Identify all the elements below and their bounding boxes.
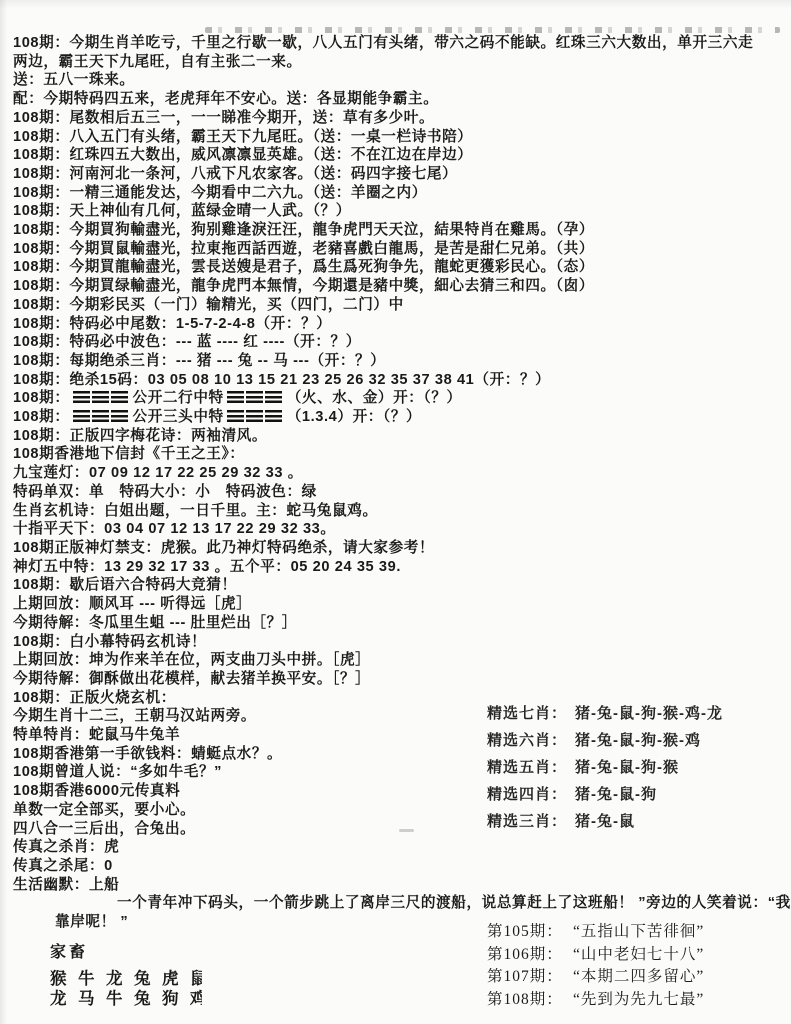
row-label: 第106期： [487,942,573,965]
labeled-row: 第105期：“五指山下苦徘徊” [487,919,704,942]
row-label: 精选四肖： [487,783,567,810]
trigram-bars-icon [73,410,130,422]
clipped-previous-line-remnant [205,27,780,33]
labeled-row: 精选五肖：猪-兔-鼠-狗-猴 [487,756,723,783]
livestock-title: 家畜 [50,943,202,963]
text-line: 上期回放：坤为作来羊在位，两支曲刀头中拼。［虎］ [13,651,791,670]
row-label: 第108期： [487,987,573,1010]
text-line: 特码单双：单 特码大小：小 特码波色：绿 [13,483,791,502]
row-label: 精选六肖： [487,729,567,756]
labeled-row: 第107期：“本期二四多留心” [487,964,704,987]
row-label: 第105期： [487,919,573,942]
livestock-row: 猴牛龙兔虎鼠 [50,969,202,989]
text-line: 十指平天下：03 04 07 12 13 17 22 29 32 33。 [13,520,791,539]
text-line: 108期：天上神仙有几何，蓝绿金晴一人武。（？） [13,202,791,221]
row-value: 猪-兔-鼠-狗-猴-鸡 [575,729,701,756]
text-line: 108期：红珠四五大数出，威风凛凛显英雄。（送：不在江边在岸边） [13,146,791,165]
row-label: 精选七肖： [487,702,567,729]
row-value: “五指山下苦徘徊” [573,919,704,942]
line-text: （火、水、金）开：（？） [287,390,462,406]
text-line: 上期回放：顺风耳 --- 听得远［虎］ [13,595,791,614]
text-line: 108期：每期绝杀三肖：--- 猪 --- 兔 -- 马 ---（开：？） [13,352,791,371]
text-line: 生活幽默：上船 [13,876,791,895]
text-line: 108期：特码必中波色：--- 蓝 ---- 红 ----（开：？） [13,333,791,352]
trigram-bars-icon [227,391,284,403]
row-value: 猪-兔-鼠-狗-猴 [575,756,679,783]
line-text: 公开二行中特 [133,390,224,406]
labeled-row: 第108期：“先到为先九七最” [487,987,704,1010]
text-line: 今期待解：御酥做出花模样，献去猪羊换平安。［？］ [13,670,791,689]
text-line: 108期：今期買鼠輸盡光，拉東拖西話西遊，老豬喜戲白龍馬，是苦是甜仁兄弟。（共） [13,240,791,259]
text-line: 108期：特码必中尾数：1-5-7-2-4-8（开：？） [13,315,791,334]
livestock-row: 龙马牛兔狗鸡 [50,989,202,1009]
text-line: 传真之杀肖：虎 [13,838,791,857]
row-value: “先到为先九七最” [573,987,704,1010]
labeled-row: 精选六肖：猪-兔-鼠-狗-猴-鸡 [487,729,723,756]
text-line: 108期正版神灯禁支：虎猴。此乃神灯特码绝杀，请大家参考！ [13,539,791,558]
text-line-with-trigrams: 108期：公开二行中特（火、水、金）开：（？） [13,389,791,408]
row-value: “本期二四多留心” [573,964,704,987]
text-line: 108期：正版四字梅花诗：两袖清风。 [13,427,791,446]
line-text: 108期： [13,390,70,406]
line-text: （1.3.4）开：（？） [287,409,422,425]
text-line: 神灯五中特：13 29 32 17 33 。五个平：05 20 24 35 39… [13,558,791,577]
labeled-row: 精选三肖：猪-兔-鼠 [487,810,723,837]
text-line: 108期：河南河北一条河，八戒下凡农家客。（送：码四字接七尾） [13,165,791,184]
text-line: 108期：尾数相后五三一，一一睇准今期开，送：草有多少叶。 [13,109,791,128]
text-line: 一个青年冲下码头，一个箭步跳上了离岸三尺的渡船，说总算赶上了这班船！ ”旁边的人… [13,894,791,913]
trigram-bars-icon [227,410,284,422]
text-line-with-trigrams: 108期：公开三头中特（1.3.4）开：（？） [13,408,791,427]
text-line: 九宝莲灯：07 09 12 17 22 25 29 32 33 。 [13,464,791,483]
line-text: 公开三头中特 [133,409,224,425]
row-label: 第107期： [487,964,573,987]
text-line: 108期：今期生肖羊吃亏，千里之行歇一歇，八人五门有头绪，带六之码不能缺。红珠三… [13,34,791,53]
text-line: 两边，霸王天下九尾旺，自有主张二一来。 [13,53,791,72]
text-line: 108期：今期彩民买（一门）输精光，买（四门，二门）中 [13,296,791,315]
text-line: 108期：一精三通能发达，今期看中二六九。（送：羊圈之内） [13,184,791,203]
text-line: 108期：今期買狗輸盡光，狗别雞逢淚汪汪，龍争虎門天天泣，結果特肖在雞馬。（孕） [13,221,791,240]
row-label: 精选三肖： [487,810,567,837]
issue-verse-list: 第105期：“五指山下苦徘徊”第106期：“山中老妇七十八”第107期：“本期二… [487,919,704,1009]
text-line: 传真之杀尾：0 [13,857,791,876]
zodiac-picks-column: 精选七肖：猪-兔-鼠-狗-猴-鸡-龙精选六肖：猪-兔-鼠-狗-猴-鸡精选五肖：猪… [487,702,723,837]
scan-smudge [399,829,414,832]
text-line: 108期：今期買绿輸盡光，龍争虎門本無情，今期還是豬中獎，細心去猜三和四。（囱） [13,277,791,296]
row-label: 精选五肖： [487,756,567,783]
scanned-lottery-tip-sheet: 108期：今期生肖羊吃亏，千里之行歇一歇，八人五门有头绪，带六之码不能缺。红珠三… [0,0,791,1024]
text-line: 108期：绝杀15码：03 05 08 10 13 15 21 23 25 26… [13,371,791,390]
row-value: 猪-兔-鼠-狗 [575,783,657,810]
trigram-bars-icon [73,391,130,403]
livestock-block: 家畜 猴牛龙兔虎鼠 龙马牛兔狗鸡 [50,943,202,1009]
text-line: 108期：八入五门有头绪，霸王天下九尾旺。（送：一桌一栏诗书陪） [13,128,791,147]
text-line: 108期：歇后语六合特码大竞猜！ [13,576,791,595]
text-line: 108期：今期買龍輸盡光，雲長送嫂是君子，爲生爲死狗争先，龍蛇更獲彩民心。（态） [13,258,791,277]
labeled-row: 第106期：“山中老妇七十八” [487,942,704,965]
labeled-row: 精选四肖：猪-兔-鼠-狗 [487,783,723,810]
text-line: 108期香港地下信封《千王之王》： [13,445,791,464]
labeled-row: 精选七肖：猪-兔-鼠-狗-猴-鸡-龙 [487,702,723,729]
text-line: 配：今期特码四五来，老虎拜年不安心。送：各显期能争霸主。 [13,90,791,109]
text-line: 108期：白小幕特码玄机诗！ [13,633,791,652]
row-value: 猪-兔-鼠-狗-猴-鸡-龙 [575,702,723,729]
text-line: 生肖玄机诗：白姐出题，一日千里。主：蛇马兔鼠鸡。 [13,502,791,521]
text-line: 送：五八一珠来。 [13,71,791,90]
row-value: “山中老妇七十八” [573,942,704,965]
text-line: 今期待解：冬瓜里生蛆 --- 肚里烂出［？］ [13,614,791,633]
row-value: 猪-兔-鼠 [575,810,635,837]
line-text: 108期： [13,409,70,425]
